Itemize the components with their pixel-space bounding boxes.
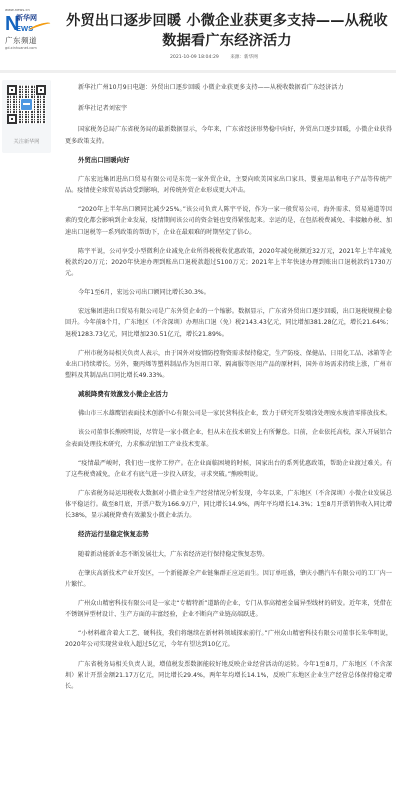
logo-channel-name: 广东频道 — [5, 36, 53, 46]
page-header: www.news.cn N 新华网 EWS 广东频道 gd.xinhuanet.… — [0, 0, 396, 70]
article-paragraph: 宏远集团进出口贸易有限公司是广东外贸企业的一个缩影。数据显示，广东省外贸出口逐步… — [65, 306, 392, 340]
article-title: 外贸出口逐步回暖 小微企业获更多支持——从税收数据看广东经济活力 — [62, 11, 392, 51]
article-subheading: 经济运行呈稳定恢复态势 — [65, 529, 392, 540]
follow-qr-panel: 关注新华网 — [2, 80, 51, 153]
article-subheading: 外贸出口回暖向好 — [65, 155, 392, 166]
logo-swoosh-icon — [29, 21, 52, 34]
logo-url-top: www.news.cn — [5, 8, 53, 12]
article-paragraph: 广东宏远集团进出口贸易有限公司是东莞一家外贸企业，主要向欧美国家出口家具、婴童用… — [65, 174, 392, 196]
qr-center-logo-icon — [20, 98, 33, 111]
article-source: 来源：新华网 — [230, 55, 258, 60]
publish-datetime: 2021-10-09 18:04:29 — [170, 55, 219, 60]
logo-mark: N 新华网 EWS — [5, 13, 53, 35]
xinhua-news-logo[interactable]: www.news.cn N 新华网 EWS 广东频道 gd.xinhuanet.… — [5, 8, 53, 58]
article-dateline: 新华社广州10月9日电题：外贸出口逐步回暖 小微企业获更多支持——从税收数据看广… — [65, 82, 392, 93]
article-paragraph: 广东省税务局运用税收大数据对小微企业生产经营情况分析发现，今年以来，广东地区（不… — [65, 488, 392, 522]
article-paragraph: 佛山市三水雄鹰铝表面技术创新中心有限公司是一家民营科技企业，致力于研究开发喷涂处… — [65, 408, 392, 419]
article-paragraph: “小材料蕴含着大工艺、硬科技，我们将继续在新材料领域探索前行。”广州众山精密科技… — [65, 628, 392, 650]
qr-finder-icon — [7, 85, 17, 95]
article-paragraph: “疫情最严峻时，我们也一度停工停产。在企业面临困境的时候，国家出台的系列优惠政策… — [65, 458, 392, 480]
article-paragraph: 广州众山精密科技有限公司是一家走“专精特新”道路的企业，专门从事高精密金属异型线… — [65, 598, 392, 620]
article-paragraph: 该公司董事长熊映明说，尽管是一家小微企业，但从未在技术研发上有所懈怠。目前，企业… — [65, 427, 392, 449]
article-subheading: 减税降费有效激发小微企业活力 — [65, 389, 392, 400]
article-paragraph: 在肇庆高新技术产业开发区，一个新能源全产业链集群正应运而生。因订单旺盛，肇庆小鹏… — [65, 568, 392, 590]
logo-brand-cn: 新华网 — [16, 14, 37, 22]
qr-finder-icon — [7, 114, 17, 124]
article-meta: 2021-10-09 18:04:29 来源：新华网 — [170, 54, 268, 60]
article-paragraph: 今年1至6月，宏远公司出口额同比增长30.3%。 — [65, 287, 392, 298]
qr-finder-icon — [36, 85, 46, 95]
article-body: 新华社广州10月9日电题：外贸出口逐步回暖 小微企业获更多支持——从税收数据看广… — [65, 82, 392, 700]
header-divider — [0, 70, 396, 73]
article-paragraph: 广州市税务局相关负责人表示，由于国外对疫情防控物资需求保持稳定，生产防疫、保健品… — [65, 348, 392, 382]
logo-url-bottom: gd.xinhuanet.com — [5, 46, 53, 50]
article-paragraph: 广东省税务局相关负责人说，增值税发票数据能较好地反映企业经营活动的运转。今年1至… — [65, 659, 392, 693]
qr-code-icon — [7, 85, 46, 124]
article-byline: 新华社记者刘宏宇 — [65, 103, 392, 114]
qr-caption: 关注新华网 — [2, 138, 51, 145]
article-paragraph: “2020年上半年出口额同比减少25%。”该公司负责人陈宇平说，作为一家一般贸易… — [65, 204, 392, 238]
article-paragraph: 随着新动能新业态不断发展壮大，广东省经济运行保持稳定恢复态势。 — [65, 549, 392, 560]
article-paragraph: 陈宇平说，公司享受小型微利企业减免企业所得税税收优惠政策，2020年减免税额近3… — [65, 246, 392, 280]
article-paragraph: 国家税务总局广东省税务局的最新数据显示，今年来，广东省经济形势稳中向好，外贸出口… — [65, 124, 392, 146]
